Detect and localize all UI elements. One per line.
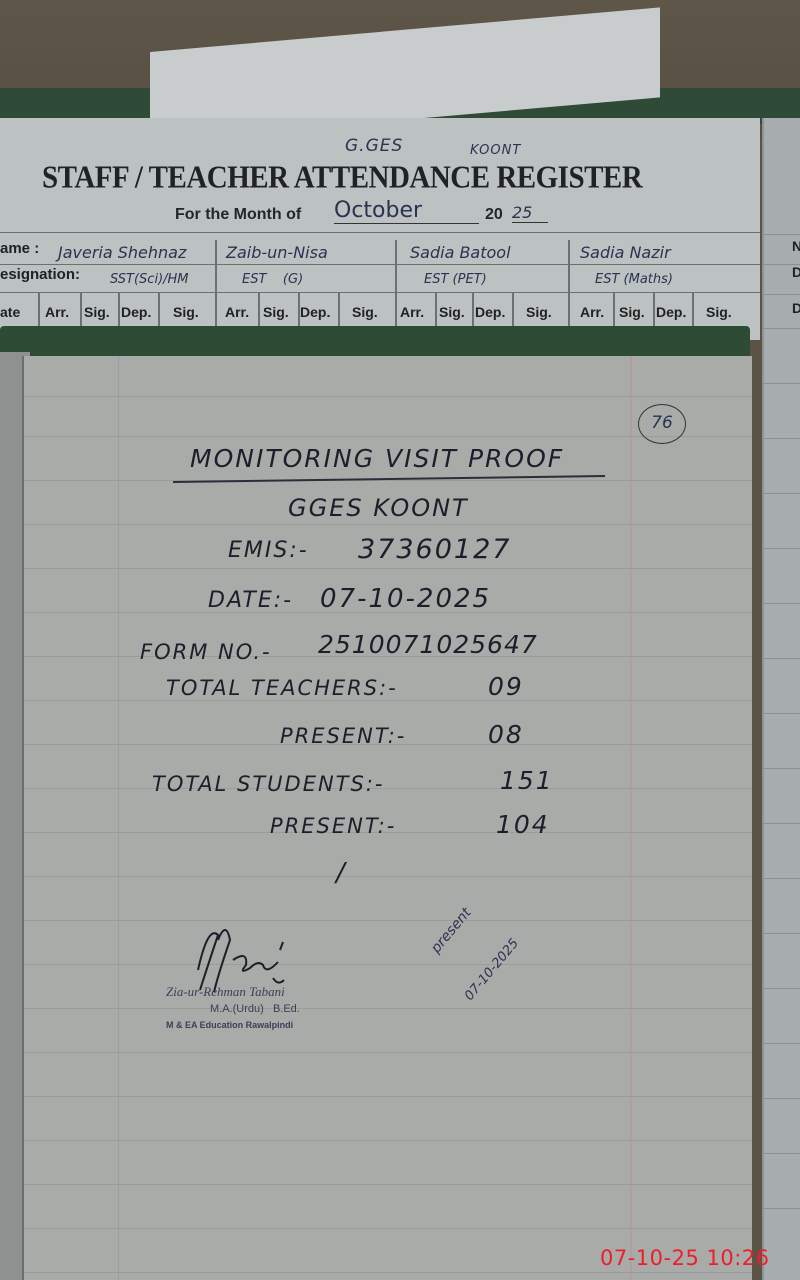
field-label-teachers-present: PRESENT:- <box>280 724 406 748</box>
teacher-name: Javeria Shehnaz <box>58 243 186 262</box>
field-label-total-teachers: TOTAL TEACHERS:- <box>166 676 398 700</box>
field-value-teachers-present: 08 <box>488 720 524 749</box>
field-label-date: DATE:- <box>208 588 293 613</box>
field-value-form-no: 2510071025647 <box>318 630 538 659</box>
column-header-signature: Sig. <box>526 304 552 320</box>
field-label-form-no: FORM NO.- <box>140 640 272 664</box>
field-value-total-teachers: 09 <box>488 672 524 701</box>
designation-row-label: esignation: <box>0 266 80 283</box>
register-rule <box>0 292 760 293</box>
column-header-departure: Dep. <box>475 304 505 320</box>
teacher-designation: SST(Sci)/HM <box>110 272 189 287</box>
column-header-arrival: Arr. <box>225 304 249 320</box>
year-prefix: 20 <box>485 206 503 224</box>
register-rule <box>0 264 760 265</box>
column-header-signature: Sig. <box>84 304 110 320</box>
field-label-emis: EMIS:- <box>228 538 309 563</box>
column-header-departure: Dep. <box>121 304 151 320</box>
column-header-arrival: Arr. <box>400 304 424 320</box>
teacher-name: Zaib-un-Nisa <box>226 243 328 262</box>
register-column-divider <box>568 240 570 332</box>
teacher-name: Sadia Nazir <box>580 243 671 262</box>
column-header-signature: Sig. <box>619 304 645 320</box>
register-school-handwritten-2: KOONT <box>470 143 521 158</box>
field-value-date: 07-10-2025 <box>320 584 491 614</box>
teacher-designation: EST (G) <box>242 272 303 287</box>
right-page-label: D <box>792 300 800 316</box>
field-label-total-students: TOTAL STUDENTS:- <box>152 772 384 796</box>
column-header-departure: Dep. <box>300 304 330 320</box>
column-header-arrival: Arr. <box>580 304 604 320</box>
stray-mark: / <box>336 858 347 888</box>
date-column-label: ate <box>0 304 20 320</box>
teacher-designation: EST (PET) <box>424 272 487 287</box>
column-header-signature: Sig. <box>439 304 465 320</box>
camera-timestamp: 07-10-25 10:26 <box>600 1246 770 1270</box>
year-suffix: 25 <box>512 203 548 223</box>
proof-heading: MONITORING VISIT PROOF <box>190 444 564 473</box>
month-value: October <box>334 198 479 224</box>
column-header-signature: Sig. <box>263 304 289 320</box>
register-right-page: N D D <box>762 118 800 1280</box>
register-rule <box>0 232 760 233</box>
stamp-qualification: M.A.(Urdu) B.Ed. <box>210 1003 300 1015</box>
month-label: For the Month of <box>175 206 301 224</box>
teacher-designation: EST (Maths) <box>595 272 673 287</box>
column-header-departure: Dep. <box>656 304 686 320</box>
teacher-name: Sadia Batool <box>410 243 511 262</box>
name-row-label: ame : <box>0 240 39 257</box>
field-value-total-students: 151 <box>500 766 554 795</box>
register-column-divider <box>215 240 217 332</box>
column-header-arrival: Arr. <box>45 304 69 320</box>
register-school-handwritten: G.GES <box>345 136 403 156</box>
stamp-name: Zia-ur-Rehman Tabani <box>166 984 285 1000</box>
proof-school: GGES KOONT <box>288 494 469 522</box>
right-page-label: D <box>792 264 800 280</box>
stamp-office: M & EA Education Rawalpindi <box>166 1020 293 1030</box>
column-header-signature: Sig. <box>706 304 732 320</box>
field-label-students-present: PRESENT:- <box>270 814 396 838</box>
column-header-signature: Sig. <box>173 304 199 320</box>
register-title: STAFF / TEACHER ATTENDANCE REGISTER <box>42 161 642 197</box>
field-value-emis: 37360127 <box>358 534 511 565</box>
register-column-divider <box>395 240 397 332</box>
right-page-label: N <box>792 238 800 254</box>
field-value-students-present: 104 <box>496 810 550 839</box>
page-number: 76 <box>638 404 686 444</box>
column-header-signature: Sig. <box>352 304 378 320</box>
